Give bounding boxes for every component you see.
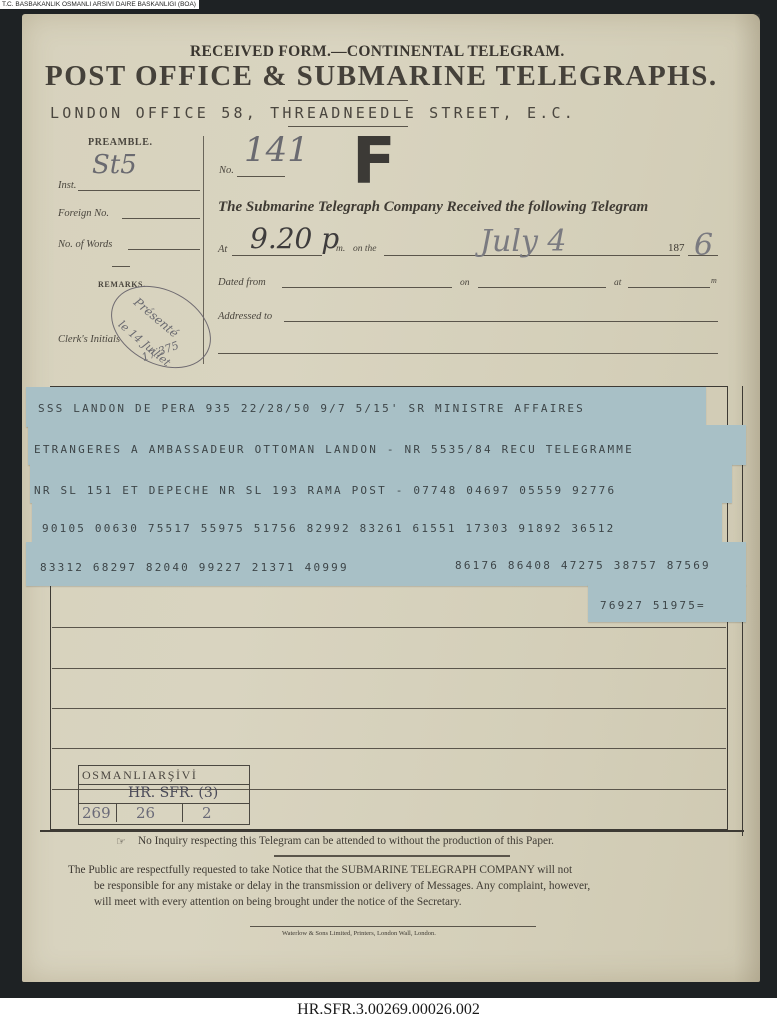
m-suffix: m. [336, 244, 345, 254]
telegram-tape-text-3: NR SL 151 ET DEPECHE NR SL 193 RAMA POST… [34, 484, 616, 497]
archive-watermark-label: T.C. BASBAKANLIK OSMANLI ARSIVI DAIRE BA… [0, 0, 199, 9]
archive-stamp-folder: 26 [136, 804, 155, 822]
addressed-to-line-2 [218, 353, 718, 354]
addressed-to-line [284, 321, 718, 322]
no-of-words-line [128, 249, 200, 250]
foreign-no-line [122, 218, 200, 219]
at-label: At [218, 244, 227, 255]
message-ruled-line-2 [52, 668, 726, 669]
inst-line [78, 190, 200, 191]
archive-stamp-page: 2 [202, 804, 212, 822]
archive-stamp-divider-2 [182, 804, 183, 822]
printer-divider [250, 926, 536, 927]
message-ruled-line-3 [52, 708, 726, 709]
archive-stamp-dossier: 269 [82, 804, 111, 822]
telegram-tape-text-2: ETRANGERES A AMBASSADEUR OTTOMAN LANDON … [34, 443, 634, 456]
preamble-heading: PREAMBLE. [88, 137, 153, 148]
at-time-line [232, 255, 322, 256]
printer-imprint: Waterlow & Sons Limited, Printers, Londo… [282, 930, 436, 937]
document-reference-caption: HR.SFR.3.00269.00026.002 [0, 998, 777, 1024]
inst-label: Inst. [58, 180, 76, 191]
office-address: LONDON OFFICE 58, THREADNEEDLE STREET, E… [50, 104, 576, 122]
telegram-number-handwritten: 141 [244, 130, 309, 170]
inquiry-notice: No Inquiry respecting this Telegram can … [138, 835, 554, 847]
no-of-words-label: No. of Words [58, 239, 112, 250]
dated-at-label: at [614, 278, 621, 288]
telegram-tape-text-5a: 83312 68297 82040 99227 21371 40999 [40, 561, 349, 574]
inst-handwritten-value: St5 [92, 150, 137, 180]
form-letter-f: F [352, 130, 396, 194]
preamble-short-rule [112, 266, 130, 267]
notice-divider [274, 855, 510, 857]
archive-stamp-fond: HR. SFR. (3) [128, 785, 218, 801]
form-type-heading: RECEIVED FORM.—CONTINENTAL TELEGRAM. [190, 43, 565, 61]
telegram-tape-text-6: 76927 51975= [600, 599, 706, 612]
public-notice-line-3: will meet with every attention on being … [94, 896, 462, 908]
clerks-initials-label: Clerk's Initials [58, 334, 120, 345]
dated-on-label: on [460, 278, 470, 288]
telegram-tape-text-5b: 86176 86408 47275 38757 87569 [455, 559, 711, 572]
number-label: No. [219, 165, 234, 176]
date-handwritten: July 4 [480, 224, 567, 259]
on-the-label: on the [353, 244, 376, 254]
time-received-handwritten: 9.20 p [250, 222, 339, 255]
pointing-hand-icon: ☞ [116, 835, 126, 848]
message-ruled-line-4 [52, 748, 726, 749]
year-handwritten: 6 [694, 228, 713, 263]
foreign-no-label: Foreign No. [58, 208, 109, 219]
paper-edge-shadow [734, 14, 760, 982]
dated-on-line [478, 287, 606, 288]
header-divider-top [288, 100, 408, 101]
dated-at-line [628, 287, 710, 288]
year-prefix: 187 [668, 242, 685, 254]
public-notice-line-1: The Public are respectfully requested to… [68, 864, 572, 876]
telegram-tape-strip-3 [30, 463, 732, 503]
dated-from-line [282, 287, 452, 288]
company-title: POST OFFICE & SUBMARINE TELEGRAPHS. [45, 60, 718, 93]
message-ruled-line-1 [52, 627, 726, 628]
dated-from-label: Dated from [218, 277, 266, 288]
archive-stamp-divider-1 [116, 804, 117, 822]
telegram-tape-text-1: SSS LANDON DE PERA 935 22/28/50 9/7 5/15… [38, 402, 585, 415]
company-received-statement: The Submarine Telegraph Company Received… [218, 199, 648, 216]
message-bottom-border [40, 830, 744, 832]
dated-m-label: m [711, 276, 717, 285]
addressed-to-label: Addressed to [218, 311, 272, 322]
archive-stamp-title: OSMANLIARŞİVİ [82, 768, 197, 783]
number-line [237, 176, 285, 177]
public-notice-line-2: be responsible for any mistake or delay … [94, 880, 590, 892]
telegram-tape-text-4: 90105 00630 75517 55975 51756 82992 8326… [42, 522, 615, 535]
